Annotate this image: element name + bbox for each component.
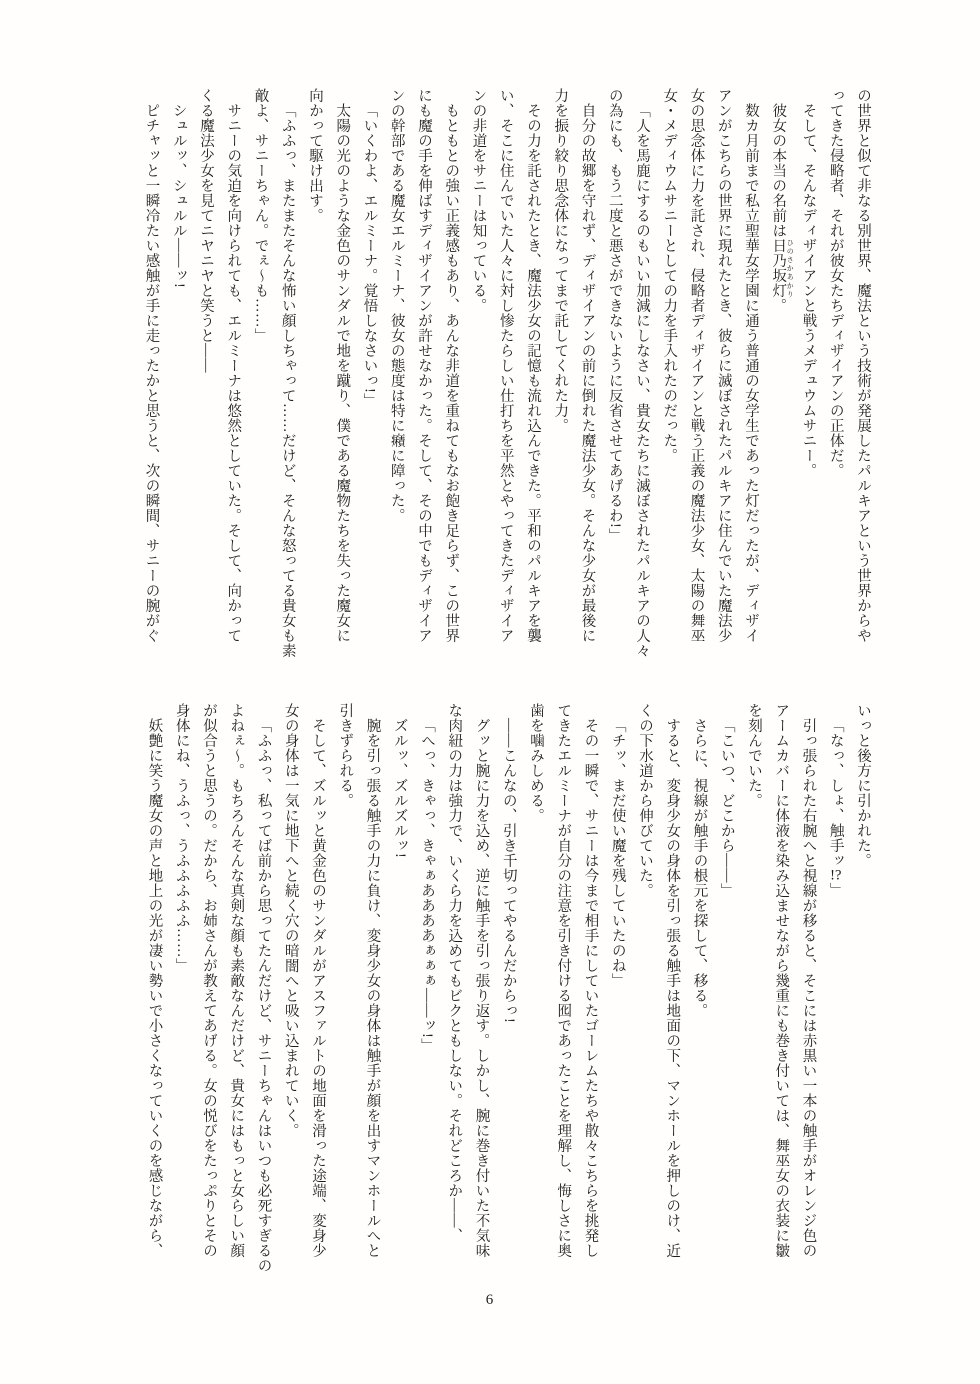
text-line: アンがこちらの世界に現れたとき、彼らに滅ぼされたパルキアに住んでいた魔法少 <box>710 88 737 658</box>
text-line: 身体にね、うふっ、うふふふふふ……」 <box>168 703 195 1273</box>
text-line: 引っ張られた右腕へと視線が移ると、そこには赤黒い一本の触手がオレンジ色の <box>794 703 821 1273</box>
text-line: グッと腕に力を込め、逆に触手を引っ張り返す。しかし、腕に巻き付いた不気味 <box>467 703 494 1273</box>
text-line: 「チッ、まだ使い魔を残していたのね」 <box>604 703 631 1273</box>
text-line: ンの幹部である魔女エルミーナ、彼女の態度は特に癪に障った。 <box>383 88 410 658</box>
text-line: ってきた侵略者、それが彼女たちディザイアンの正体だ。 <box>822 88 849 658</box>
text-line: サニーの気迫を向けられても、エルミーナは悠然としていた。そして、向かって <box>219 88 246 658</box>
text-line: の世界と似て非なる別世界、魔法という技術が発展したパルキアという世界からや <box>849 88 876 658</box>
text-line: 「ふふっ、またまたそんな怖い顔しちゃって……だけど、そんな怒ってる貴女も素 <box>274 88 301 658</box>
text-line: 歯を噛みしめる。 <box>522 703 549 1273</box>
text-line: 太陽の光のような金色のサンダルで地を蹴り、僕である魔物たちを失った魔女に <box>328 88 355 658</box>
text-line: 女の身体は一気に地下へと続く穴の暗闇へと吸い込まれていく。 <box>277 703 304 1273</box>
text-line: そして、そんなディザイアンと戦うメデュウムサニー。 <box>794 88 821 658</box>
text-line: い、そこに住んでいた人々に対し惨たらしい仕打ちを平然とやってきたディザイア <box>492 88 519 658</box>
text-line: てきたエルミーナが自分の注意を引き付ける囮であったことを理解し、悔しさに奥 <box>549 703 576 1273</box>
text-line: 力を振り絞り思念体になってまで託してくれた力。 <box>546 88 573 658</box>
text-line: な肉紐の力は強力で、いくら力を込めてもビクともしない。それどころか――、 <box>440 703 467 1273</box>
text-line: もともとの強い正義感もあり、あんな非道を重ねてもなお飽き足らず、この世界 <box>437 88 464 658</box>
text-line: ズルッ、ズルズルッ! <box>386 703 413 1273</box>
text-block-bottom: いっと後方に引かれた。「なっ、しょ、触手ッ!?」引っ張られた右腕へと視線が移ると… <box>140 703 876 1273</box>
text-line: 向かって駆け出す。 <box>301 88 328 658</box>
text-line: 女・メディウムサニーとしての力を手入れたのだった。 <box>655 88 682 658</box>
text-line: 腕を引っ張る触手の力に負け、変身少女の身体は触手が顔を出すマンホールへと <box>358 703 385 1273</box>
text-line: 女の思念体に力を託され、侵略者ディザイアンと戦う正義の魔法少女、太陽の舞巫 <box>682 88 709 658</box>
text-line: 敵よ、サニーちゃん。でぇ〜も……」 <box>246 88 273 658</box>
tate-chu-yoko: !? <box>828 868 844 883</box>
text-line: が似合うと思うの。だから、お姉さんが教えてあげる。女の悦びをたっぷりとその <box>195 703 222 1273</box>
text-line: くの下水道から伸びていた。 <box>631 703 658 1273</box>
text-line: すると、変身少女の身体を引っ張る触手は地面の下、マンホールを押しのけ、近 <box>658 703 685 1273</box>
page-number: 6 <box>0 1292 980 1309</box>
text-block-top: の世界と似て非なる別世界、魔法という技術が発展したパルキアという世界からやってき… <box>137 88 876 658</box>
text-line: 「ふふっ、私ってば前から思ってたんだけど、サニーちゃんはいつも必死すぎるの <box>249 703 276 1273</box>
ruby-annotated-text: 日乃坂灯ひのさかあかり <box>770 238 786 298</box>
text-line: ンの非道をサニーは知っている。 <box>464 88 491 658</box>
text-line: 「へっ、きゃっ、きゃぁああああぁぁぁ――ッ!」 <box>413 703 440 1273</box>
text-line: 「いくわよ、エルミーナ。覚悟しなさいっ!」 <box>355 88 382 658</box>
text-line: そして、ズルッと黄金色のサンダルがアスファルトの地面を滑った途端、変身少 <box>304 703 331 1273</box>
text-line: 「人を馬鹿にするのもいい加減にしなさい、貴女たちに滅ぼされたパルキアの人々 <box>628 88 655 658</box>
text-line: さらに、視線が触手の根元を探して、移る。 <box>685 703 712 1273</box>
text-line: 数カ月前まで私立聖華女学園に通う普通の女学生であった灯だったが、ディザイ <box>737 88 764 658</box>
text-line: いっと後方に引かれた。 <box>849 703 876 1273</box>
text-line: 「こいつ、どこから――」 <box>713 703 740 1273</box>
page: の世界と似て非なる別世界、魔法という技術が発展したパルキアという世界からやってき… <box>0 0 980 1384</box>
text-line: よねぇ〜。もちろんそんな真剣な顔も素敵なんだけど、貴女にはもっと女らしい顔 <box>222 703 249 1273</box>
text-line: その一瞬で、サニーは今まで相手にしていたゴーレムたちや散々こちらを挑発し <box>576 703 603 1273</box>
text-line: ピチャッと一瞬冷たい感触が手に走ったかと思うと、次の瞬間、サニーの腕がぐ <box>137 88 164 658</box>
text-line: アームカバーに体液を染み込ませながら幾重にも巻き付いては、舞巫女の衣装に皺 <box>767 703 794 1273</box>
text-line: 彼女の本当の名前は日乃坂灯ひのさかあかり。 <box>764 88 794 658</box>
text-line: ――こんなの、引き千切ってやるんだからっ! <box>495 703 522 1273</box>
text-line: シュルッ、シュルル――ッ! <box>165 88 192 658</box>
text-line: 引きずられる。 <box>331 703 358 1273</box>
text-line: を刻んでいた。 <box>740 703 767 1273</box>
text-line: にも魔の手を伸ばすディザイアンが許せなかった。そして、その中でもディザイア <box>410 88 437 658</box>
text-line: 妖艶に笑う魔女の声と地上の光が凄い勢いで小さくなっていくのを感じながら、 <box>140 703 167 1273</box>
text-line: の為にも、もう二度と悪さができないように反省させてあげるわ!」 <box>601 88 628 658</box>
text-line: 自分の故郷を守れず、ディザイアンの前に倒れた魔法少女。そんな少女が最後に <box>573 88 600 658</box>
text-line: その力を託されたとき、魔法少女の記憶も流れ込んできた。平和のパルキアを襲 <box>519 88 546 658</box>
text-line: くる魔法少女を見てニヤニヤと笑うと―― <box>192 88 219 658</box>
text-line: 「なっ、しょ、触手ッ!?」 <box>822 703 849 1273</box>
